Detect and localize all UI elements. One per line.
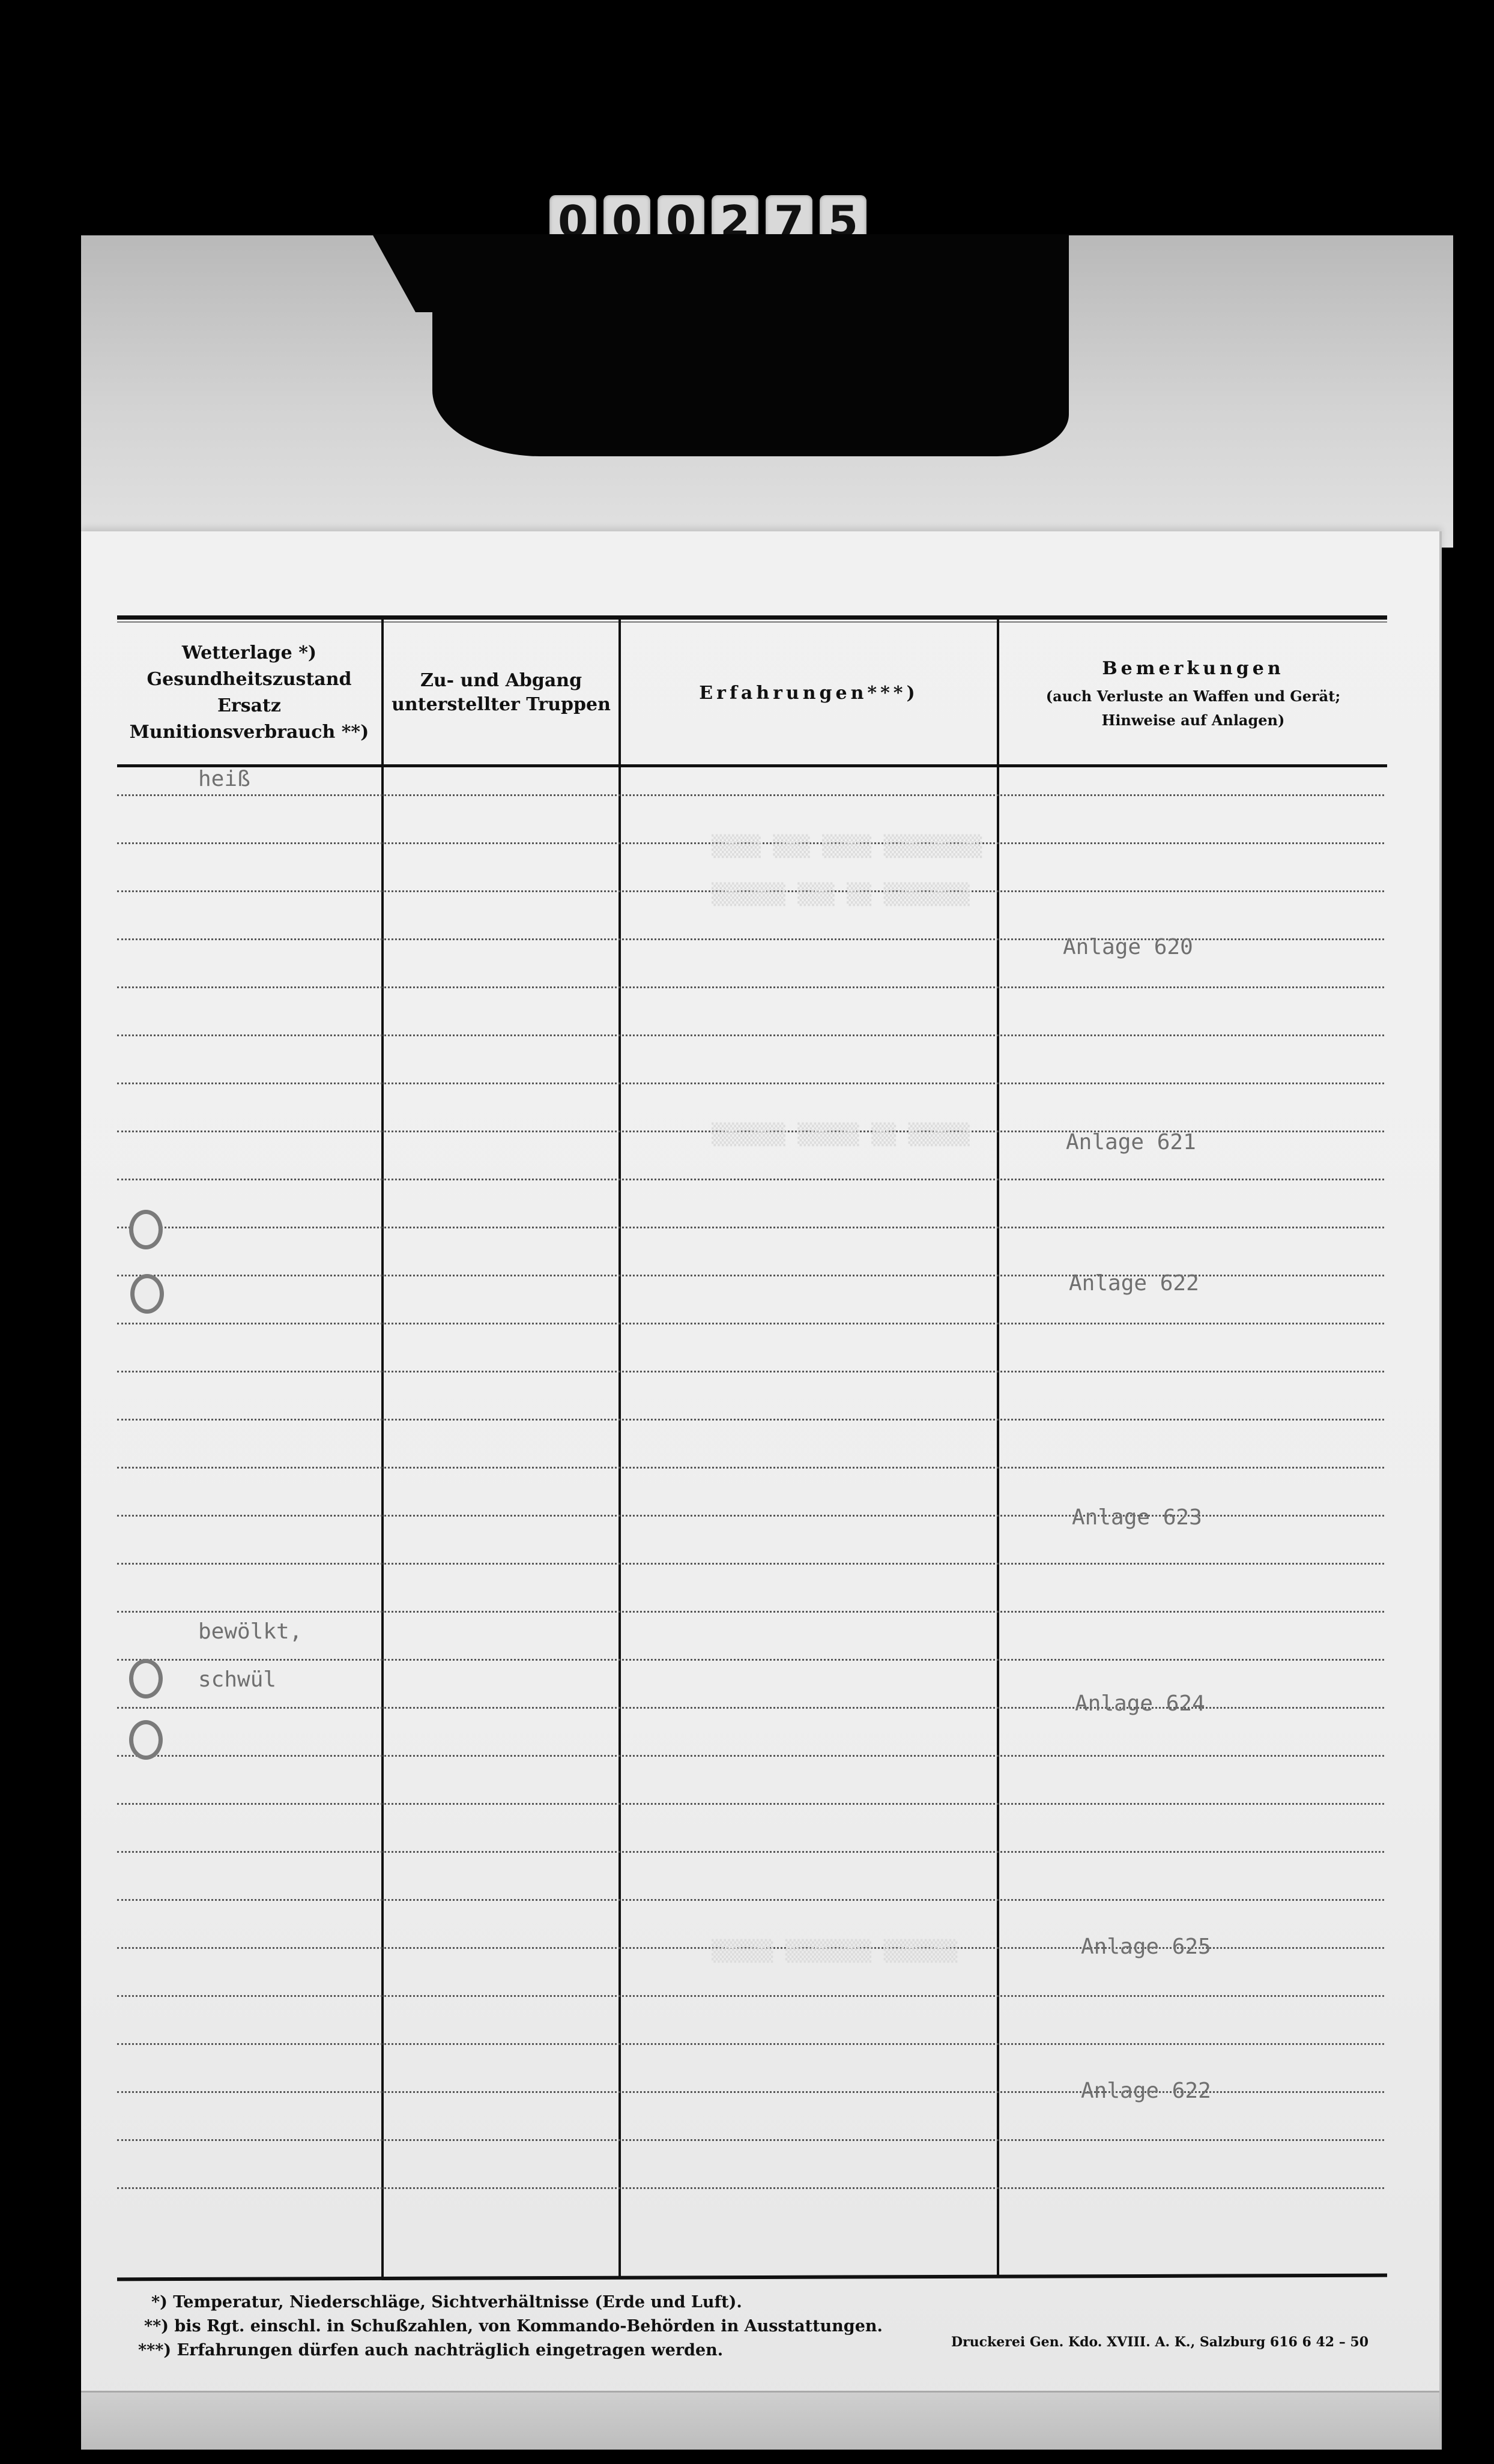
column-divider <box>381 619 384 2277</box>
remarks-entry: Anlage 624 <box>1075 1691 1205 1716</box>
dotted-row-line <box>117 1851 1384 1853</box>
dotted-row-line <box>117 1179 1384 1180</box>
punch-hole <box>129 1659 163 1699</box>
remarks-entry: Anlage 621 <box>1066 1130 1196 1155</box>
header-troop-changes: Zu- und Abgang unterstellter Truppen <box>384 621 618 764</box>
header-bottom-rule <box>117 764 1387 767</box>
bleed-through-text: ▒▒▒▒▒ ▒▒▒▒▒▒▒ ▒▒▒▒▒▒ <box>712 1939 957 1963</box>
remarks-entry: Anlage 620 <box>1063 935 1193 959</box>
dotted-row-line <box>117 1323 1384 1324</box>
column-divider <box>618 619 621 2277</box>
dotted-row-line <box>117 986 1384 988</box>
top-rule <box>117 615 1387 620</box>
folder-tab-shadow <box>432 234 1069 456</box>
dotted-row-line <box>117 1563 1384 1565</box>
dotted-row-line <box>117 1803 1384 1805</box>
remarks-entry: Anlage 623 <box>1072 1505 1202 1530</box>
weather-entry: schwül <box>198 1667 276 1692</box>
header-line: Zu- und Abgang <box>420 669 582 693</box>
dotted-row-line <box>117 1995 1384 1997</box>
remarks-entry: Anlage 622 <box>1081 2079 1211 2103</box>
dotted-row-line <box>117 2043 1384 2045</box>
punch-hole <box>129 1210 163 1249</box>
header-line: Hinweise auf Anlagen) <box>1102 708 1285 732</box>
header-line: Munitionsverbrauch **) <box>130 719 369 746</box>
bleed-through-text: ▒▒▒▒ ▒▒▒ ▒▒▒▒ ▒▒▒▒▒▒▒▒ <box>712 835 982 859</box>
footnote-ammunition: **) bis Rgt. einschl. in Schußzahlen, vo… <box>138 2315 883 2339</box>
weather-entry: bewölkt, <box>198 1619 302 1644</box>
dotted-row-line <box>117 938 1384 940</box>
dotted-row-line <box>117 1419 1384 1421</box>
dotted-row-line <box>117 2187 1384 2189</box>
weather-entry: heiß <box>198 767 250 791</box>
back-sheet <box>81 235 1453 548</box>
bleed-through-text: ▒▒▒▒▒▒ ▒▒▒▒▒ ▒▒ ▒▒▒▒▒ <box>712 1123 970 1147</box>
printer-imprint: Druckerei Gen. Kdo. XVIII. A. K., Salzbu… <box>951 2334 1368 2350</box>
dotted-row-line <box>117 1083 1384 1084</box>
header-line: Erfahrungen***) <box>699 683 918 704</box>
dotted-row-line <box>117 1659 1384 1661</box>
bleed-through-text: ▒▒▒▒▒▒ ▒▒▒ ▒▒ ▒▒▒▒▒▒▒ <box>712 883 970 907</box>
dotted-row-line <box>117 1755 1384 1757</box>
dotted-row-line <box>117 794 1384 796</box>
dotted-row-line <box>117 1371 1384 1372</box>
remarks-entry: Anlage 625 <box>1081 1934 1211 1959</box>
header-line: Ersatz <box>217 693 281 719</box>
header-remarks: Bemerkungen (auch Verluste an Waffen und… <box>999 621 1387 764</box>
column-divider <box>997 619 999 2277</box>
punch-hole <box>129 1720 163 1760</box>
header-line: unterstellter Truppen <box>392 693 611 717</box>
table-bottom-rule <box>117 2274 1387 2281</box>
dotted-row-line <box>117 1611 1384 1613</box>
header-weather-health: Wetterlage *) Gesundheitszustand Ersatz … <box>117 621 381 764</box>
punch-hole <box>130 1274 164 1314</box>
dotted-row-line <box>117 1034 1384 1036</box>
header-experiences: Erfahrungen***) <box>621 621 997 764</box>
footnote-weather: *) Temperatur, Niederschläge, Sichtverhä… <box>138 2290 883 2315</box>
page-bottom-fold <box>81 2391 1439 2450</box>
remarks-entry: Anlage 622 <box>1069 1271 1199 1296</box>
footnote-experiences: ***) Erfahrungen dürfen auch nachträglic… <box>138 2339 883 2363</box>
footnotes: *) Temperatur, Niederschläge, Sichtverhä… <box>138 2290 883 2363</box>
header-line: Wetterlage *) <box>182 640 316 666</box>
header-line: Bemerkungen <box>1102 653 1284 684</box>
dotted-row-line <box>117 1899 1384 1901</box>
war-diary-form-page: Wetterlage *) Gesundheitszustand Ersatz … <box>81 531 1442 2450</box>
dotted-row-line <box>117 1467 1384 1469</box>
dotted-row-line <box>117 1227 1384 1228</box>
header-line: (auch Verluste an Waffen und Gerät; <box>1046 684 1340 708</box>
dotted-row-line <box>117 2139 1384 2141</box>
header-line: Gesundheitszustand <box>147 666 351 693</box>
